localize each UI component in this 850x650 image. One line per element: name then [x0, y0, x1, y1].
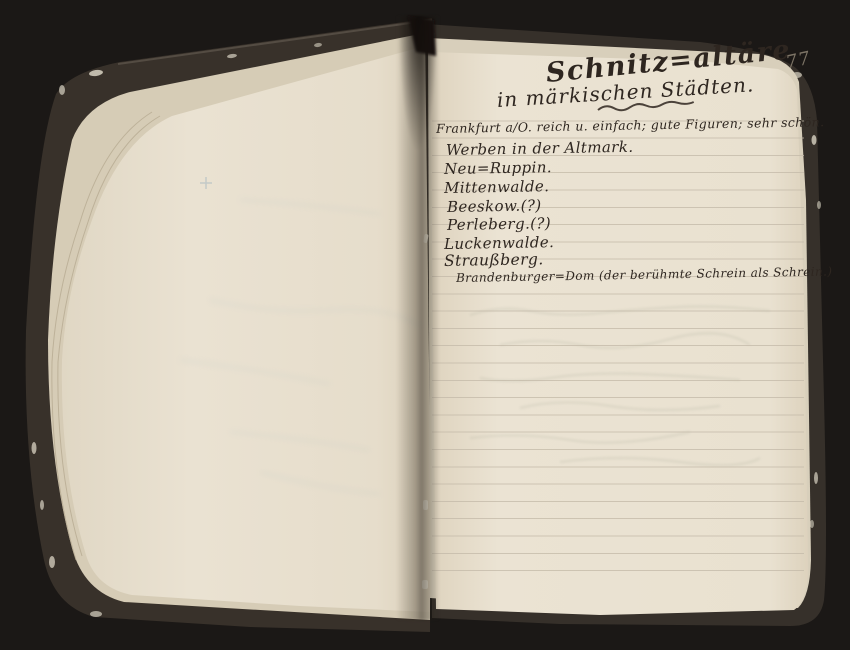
- manuscript-photo: Schnitz=altäre in märkischen Städten. 77…: [0, 0, 850, 650]
- manuscript-entry-perleberg: Perleberg.(?): [447, 214, 551, 234]
- manuscript-entry-strausberg: Straußberg.: [444, 250, 544, 270]
- manuscript-entry-beeskow: Beeskow.(?): [447, 196, 542, 216]
- manuscript-entry-werben: Werben in der Altmark.: [446, 138, 634, 159]
- manuscript-entry-neuruppin: Neu=Ruppin.: [444, 158, 552, 178]
- manuscript-entry-mittenwalde: Mittenwalde.: [444, 177, 550, 197]
- right-page: [430, 52, 808, 615]
